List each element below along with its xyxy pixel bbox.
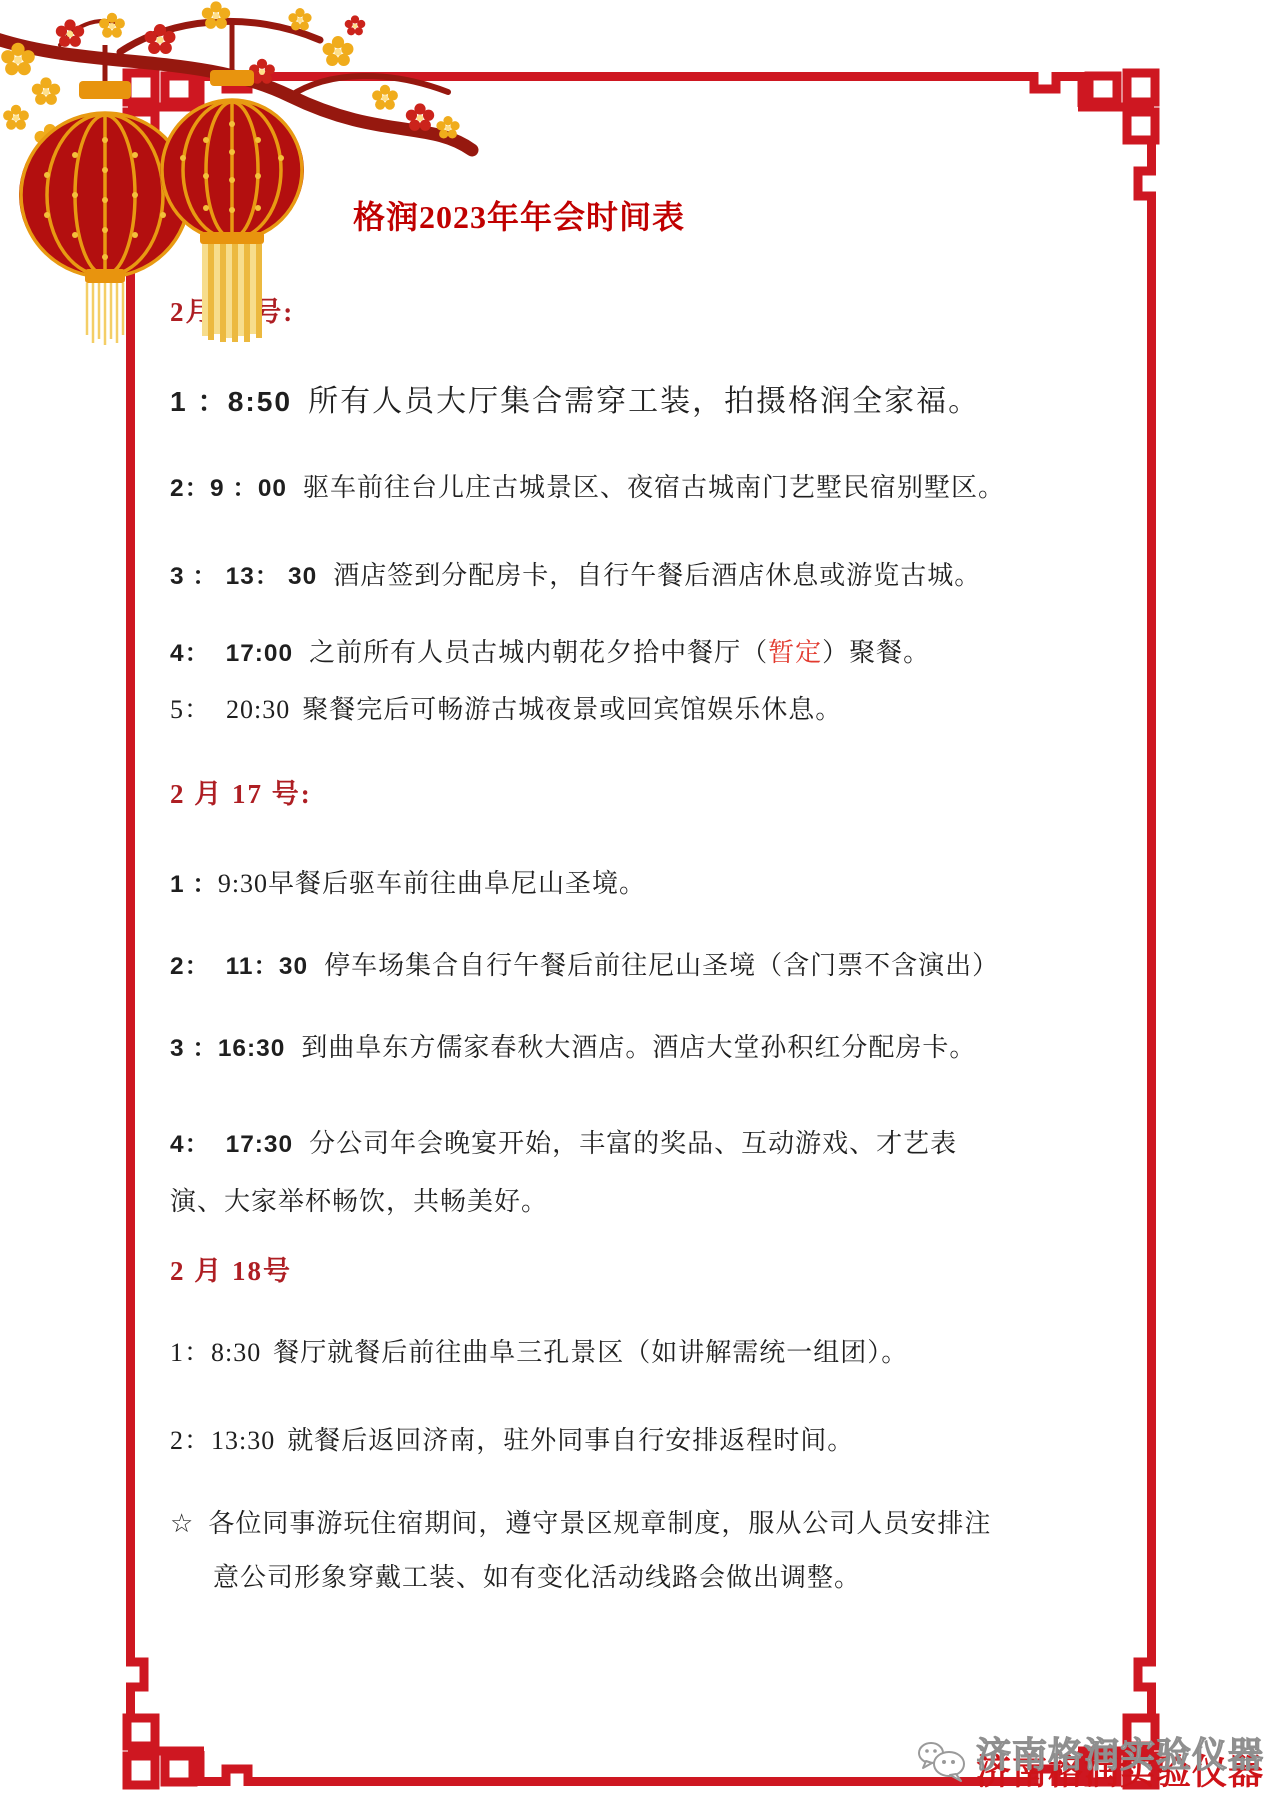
item-number-time: 4： 17:00 (170, 639, 293, 670)
list-item: 1 ：9:30早餐后驱车前往曲阜尼山圣境。 (170, 868, 646, 901)
list-item: 2：13:30就餐后返回济南，驻外同事自行安排返程时间。 (170, 1425, 854, 1458)
item-text: 聚餐完后可畅游古城夜景或回宾馆娱乐休息。 (302, 695, 842, 724)
section-heading: 2 月 18号 (170, 1255, 292, 1289)
note-text: 各位同事游玩住宿期间，遵守景区规章制度，服从公司人员安排注 (208, 1509, 991, 1538)
item-text: 到曲阜东方儒家春秋大酒店。酒店大堂孙积红分配房卡。 (301, 1033, 976, 1062)
item-number-time: 3 ： 13： 30 (170, 562, 317, 593)
list-item: 2： 11：30停车场集合自行午餐后前往尼山圣境（含门票不含演出） (170, 950, 999, 983)
item-text: 驱车前往台儿庄古城景区、夜宿古城南门艺墅民宿别墅区。 (303, 473, 1005, 502)
item-number-time: 4： 17:30 (170, 1116, 293, 1173)
document-page: 格润2023年年会时间表 2月 16号: 1 ：8:50所有人员大厅集合需穿工装… (0, 0, 1280, 1814)
note-text: 意公司形象穿戴工装、如有变化活动线路会做出调整。 (213, 1563, 861, 1592)
page-title: 格润2023年年会时间表 (353, 192, 685, 238)
item-text: 所有人员大厅集合需穿工装，拍摄格润全家福。 (308, 385, 980, 418)
star-icon: ☆ (170, 1509, 194, 1538)
list-item: 5： 20:30聚餐完后可畅游古城夜景或回宾馆娱乐休息。 (170, 694, 842, 727)
section-heading: 2月 16号: (170, 296, 294, 330)
item-number-time: 2： 11：30 (170, 952, 308, 983)
item-text: ）聚餐。 (822, 638, 930, 667)
item-number-time: 1 ：8:50 (170, 384, 292, 419)
item-number-time: 2：9 ：00 (170, 474, 287, 505)
list-item: 4： 17:00之前所有人员古城内朝花夕拾中餐厅（暂定）聚餐。 (170, 637, 930, 670)
item-text: 酒店签到分配房卡，自行午餐后酒店休息或游览古城。 (333, 561, 981, 590)
item-text: 餐厅就餐后前往曲阜三孔景区（如讲解需统一组团）。 (273, 1338, 908, 1367)
wechat-icon (916, 1740, 970, 1784)
list-item: 4： 17:30分公司年会晚宴开始，丰富的奖品、互动游戏、才艺表演、大家举杯畅饮… (170, 1115, 970, 1230)
list-item: 2：9 ：00驱车前往台儿庄古城景区、夜宿古城南门艺墅民宿别墅区。 (170, 472, 1005, 505)
item-text-highlight: 暂定 (768, 638, 822, 667)
section-heading: 2 月 17 号: (170, 778, 312, 812)
schedule-content: 格润2023年年会时间表 2月 16号: 1 ：8:50所有人员大厅集合需穿工装… (0, 0, 1280, 1814)
item-number-time: 5： 20:30 (170, 694, 290, 727)
list-item: 3 ： 13： 30酒店签到分配房卡，自行午餐后酒店休息或游览古城。 (170, 560, 981, 593)
item-text: 就餐后返回济南，驻外同事自行安排返程时间。 (287, 1426, 854, 1455)
note-line: ☆各位同事游玩住宿期间，遵守景区规章制度，服从公司人员安排注 (170, 1508, 991, 1541)
item-number-time: 1：8:30 (170, 1337, 261, 1370)
item-text: 停车场集合自行午餐后前往尼山圣境（含门票不含演出） (324, 951, 999, 980)
item-number-time: 1 ： (170, 870, 218, 901)
item-number-time: 2：13:30 (170, 1425, 275, 1458)
list-item: 3 ：16:30到曲阜东方儒家春秋大酒店。酒店大堂孙积红分配房卡。 (170, 1032, 976, 1065)
item-number-time: 3 ：16:30 (170, 1034, 285, 1065)
item-text: 9:30早餐后驱车前往曲阜尼山圣境。 (218, 869, 646, 898)
list-item: 1：8:30餐厅就餐后前往曲阜三孔景区（如讲解需统一组团）。 (170, 1337, 908, 1370)
item-text: 之前所有人员古城内朝花夕拾中餐厅（ (309, 638, 768, 667)
note-line: 意公司形象穿戴工装、如有变化活动线路会做出调整。 (213, 1562, 861, 1595)
watermark-text: 济南格润实验仪器 (976, 1738, 1264, 1773)
list-item: 1 ：8:50所有人员大厅集合需穿工装，拍摄格润全家福。 (170, 383, 980, 421)
watermark: 济南格润实验仪器 (916, 1738, 1264, 1784)
